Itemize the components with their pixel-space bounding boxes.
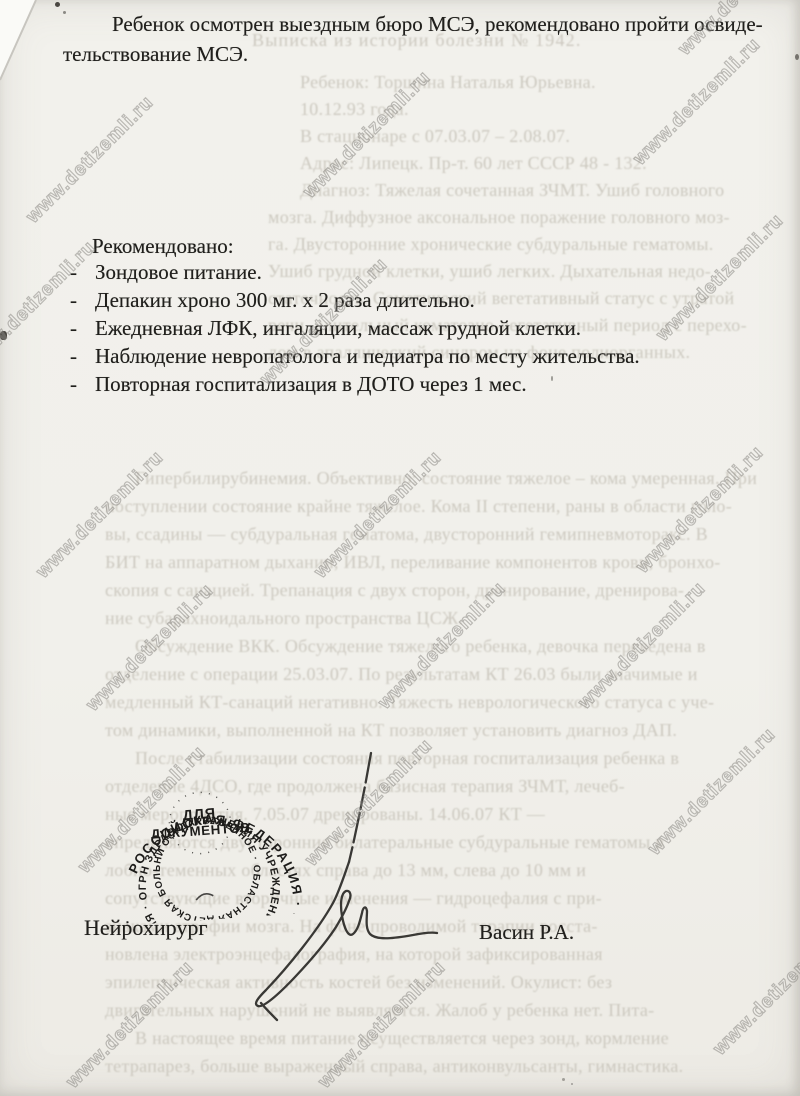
page-corner-fold bbox=[0, 0, 95, 95]
scan-speck bbox=[551, 376, 553, 381]
scan-speck bbox=[571, 1083, 573, 1085]
signature-upstroke bbox=[349, 753, 371, 862]
signature-tail bbox=[261, 1003, 277, 1020]
scan-speck bbox=[795, 54, 799, 60]
scan-speck bbox=[55, 2, 60, 7]
scan-speck bbox=[63, 11, 66, 14]
scan-speck bbox=[562, 1078, 565, 1081]
signature-loop bbox=[256, 862, 437, 1006]
scan-speck bbox=[0, 331, 7, 340]
document-page: Выписка из истории болезни № 1942.Ребено… bbox=[0, 0, 800, 1096]
signature bbox=[0, 0, 800, 1096]
